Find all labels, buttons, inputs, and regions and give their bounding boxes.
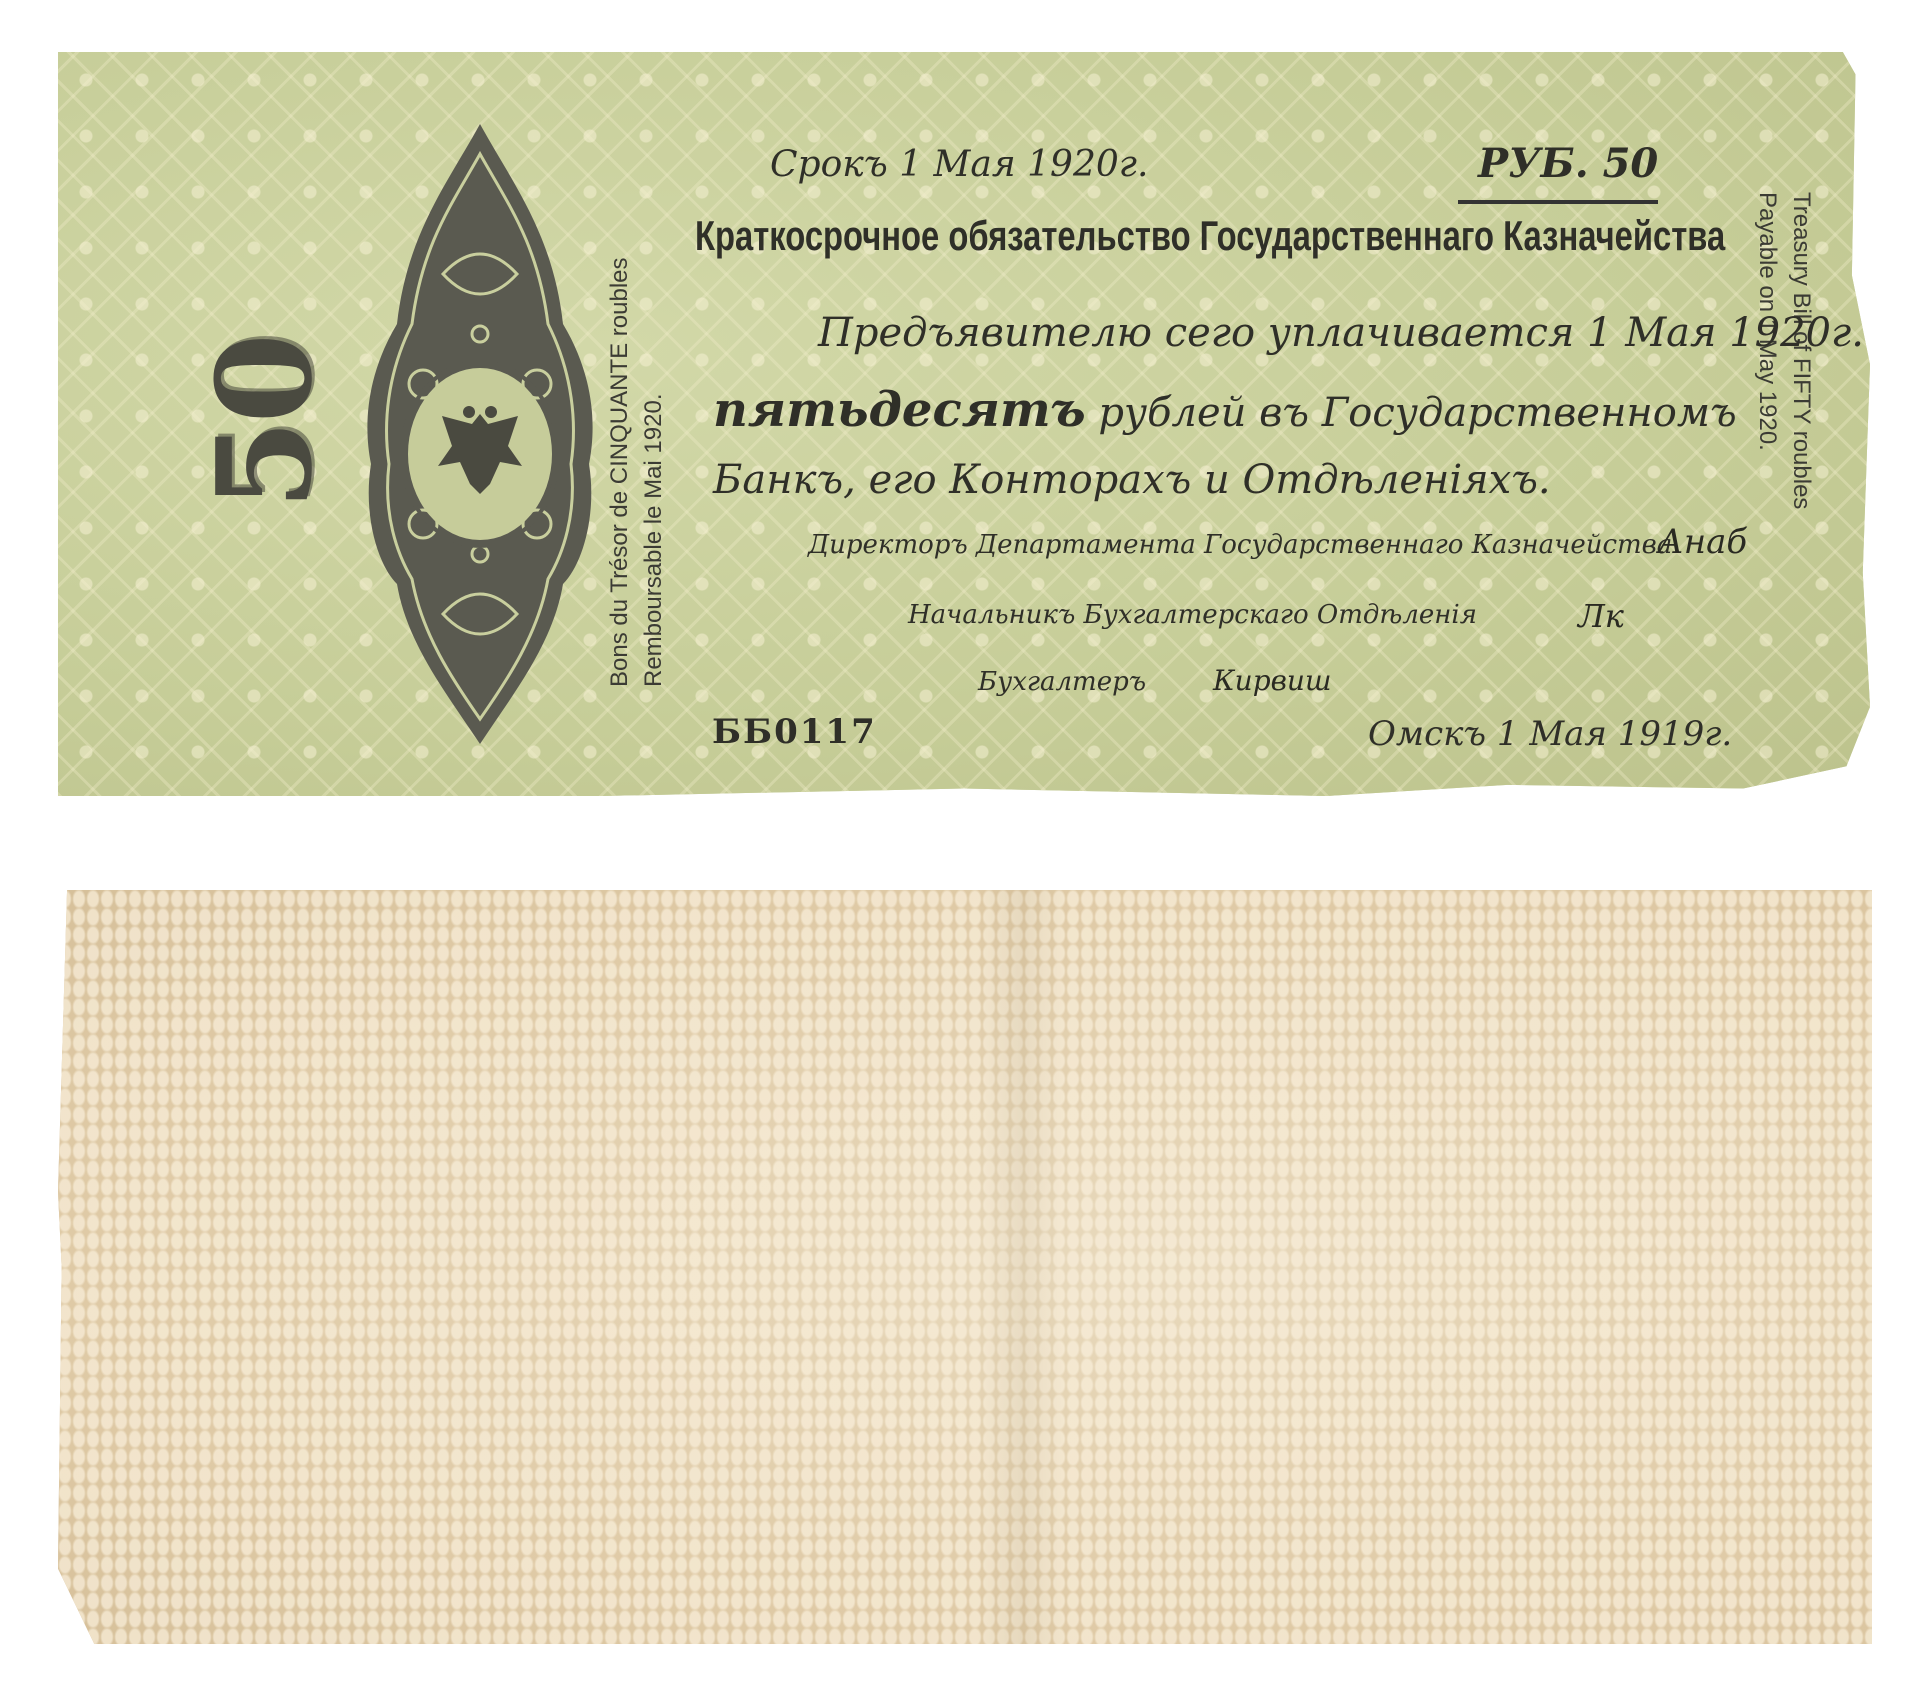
payable-line: Предъявителю сего уплачивается 1 Мая 192… bbox=[818, 310, 1864, 356]
banknote-back bbox=[58, 890, 1872, 1644]
banknote-front: 50 Bons du Trésor de CINQUANTE roubles R… bbox=[58, 52, 1870, 796]
chief-title: Начальникъ Бухгалтерскаго Отдѣленія bbox=[908, 600, 1477, 630]
bank-line: Банкъ, его Конторахъ и Отдѣленіяхъ. bbox=[713, 457, 1551, 503]
denomination-label: РУБ. 50 bbox=[1478, 140, 1658, 187]
director-signature: Анаб bbox=[1658, 522, 1747, 562]
accountant-signature: Кирвиш bbox=[1213, 664, 1331, 697]
due-date: Срокъ 1 Мая 1920г. bbox=[770, 144, 1148, 185]
denomination-underline bbox=[1458, 200, 1658, 204]
chief-signature: Лк bbox=[1578, 597, 1624, 635]
fold-crease bbox=[978, 890, 1064, 1644]
french-text: Bons du Trésor de CINQUANTE roubles Remb… bbox=[603, 257, 671, 687]
eagle-ornament-icon bbox=[363, 124, 597, 744]
note-title: Краткосрочное обязательство Государствен… bbox=[695, 212, 1725, 260]
amount-line: пятьдесятъ рублей въ Государственномъ bbox=[713, 382, 1737, 438]
denomination-numeral: 50 bbox=[188, 337, 341, 510]
place-date: Омскъ 1 Мая 1919г. bbox=[1368, 714, 1732, 754]
director-title: Директоръ Департамента Государственнаго … bbox=[808, 530, 1672, 560]
serial-number: ББ0117 bbox=[712, 712, 877, 752]
amount-word: пятьдесятъ bbox=[713, 382, 1086, 438]
accountant-title: Бухгалтеръ bbox=[978, 667, 1146, 697]
